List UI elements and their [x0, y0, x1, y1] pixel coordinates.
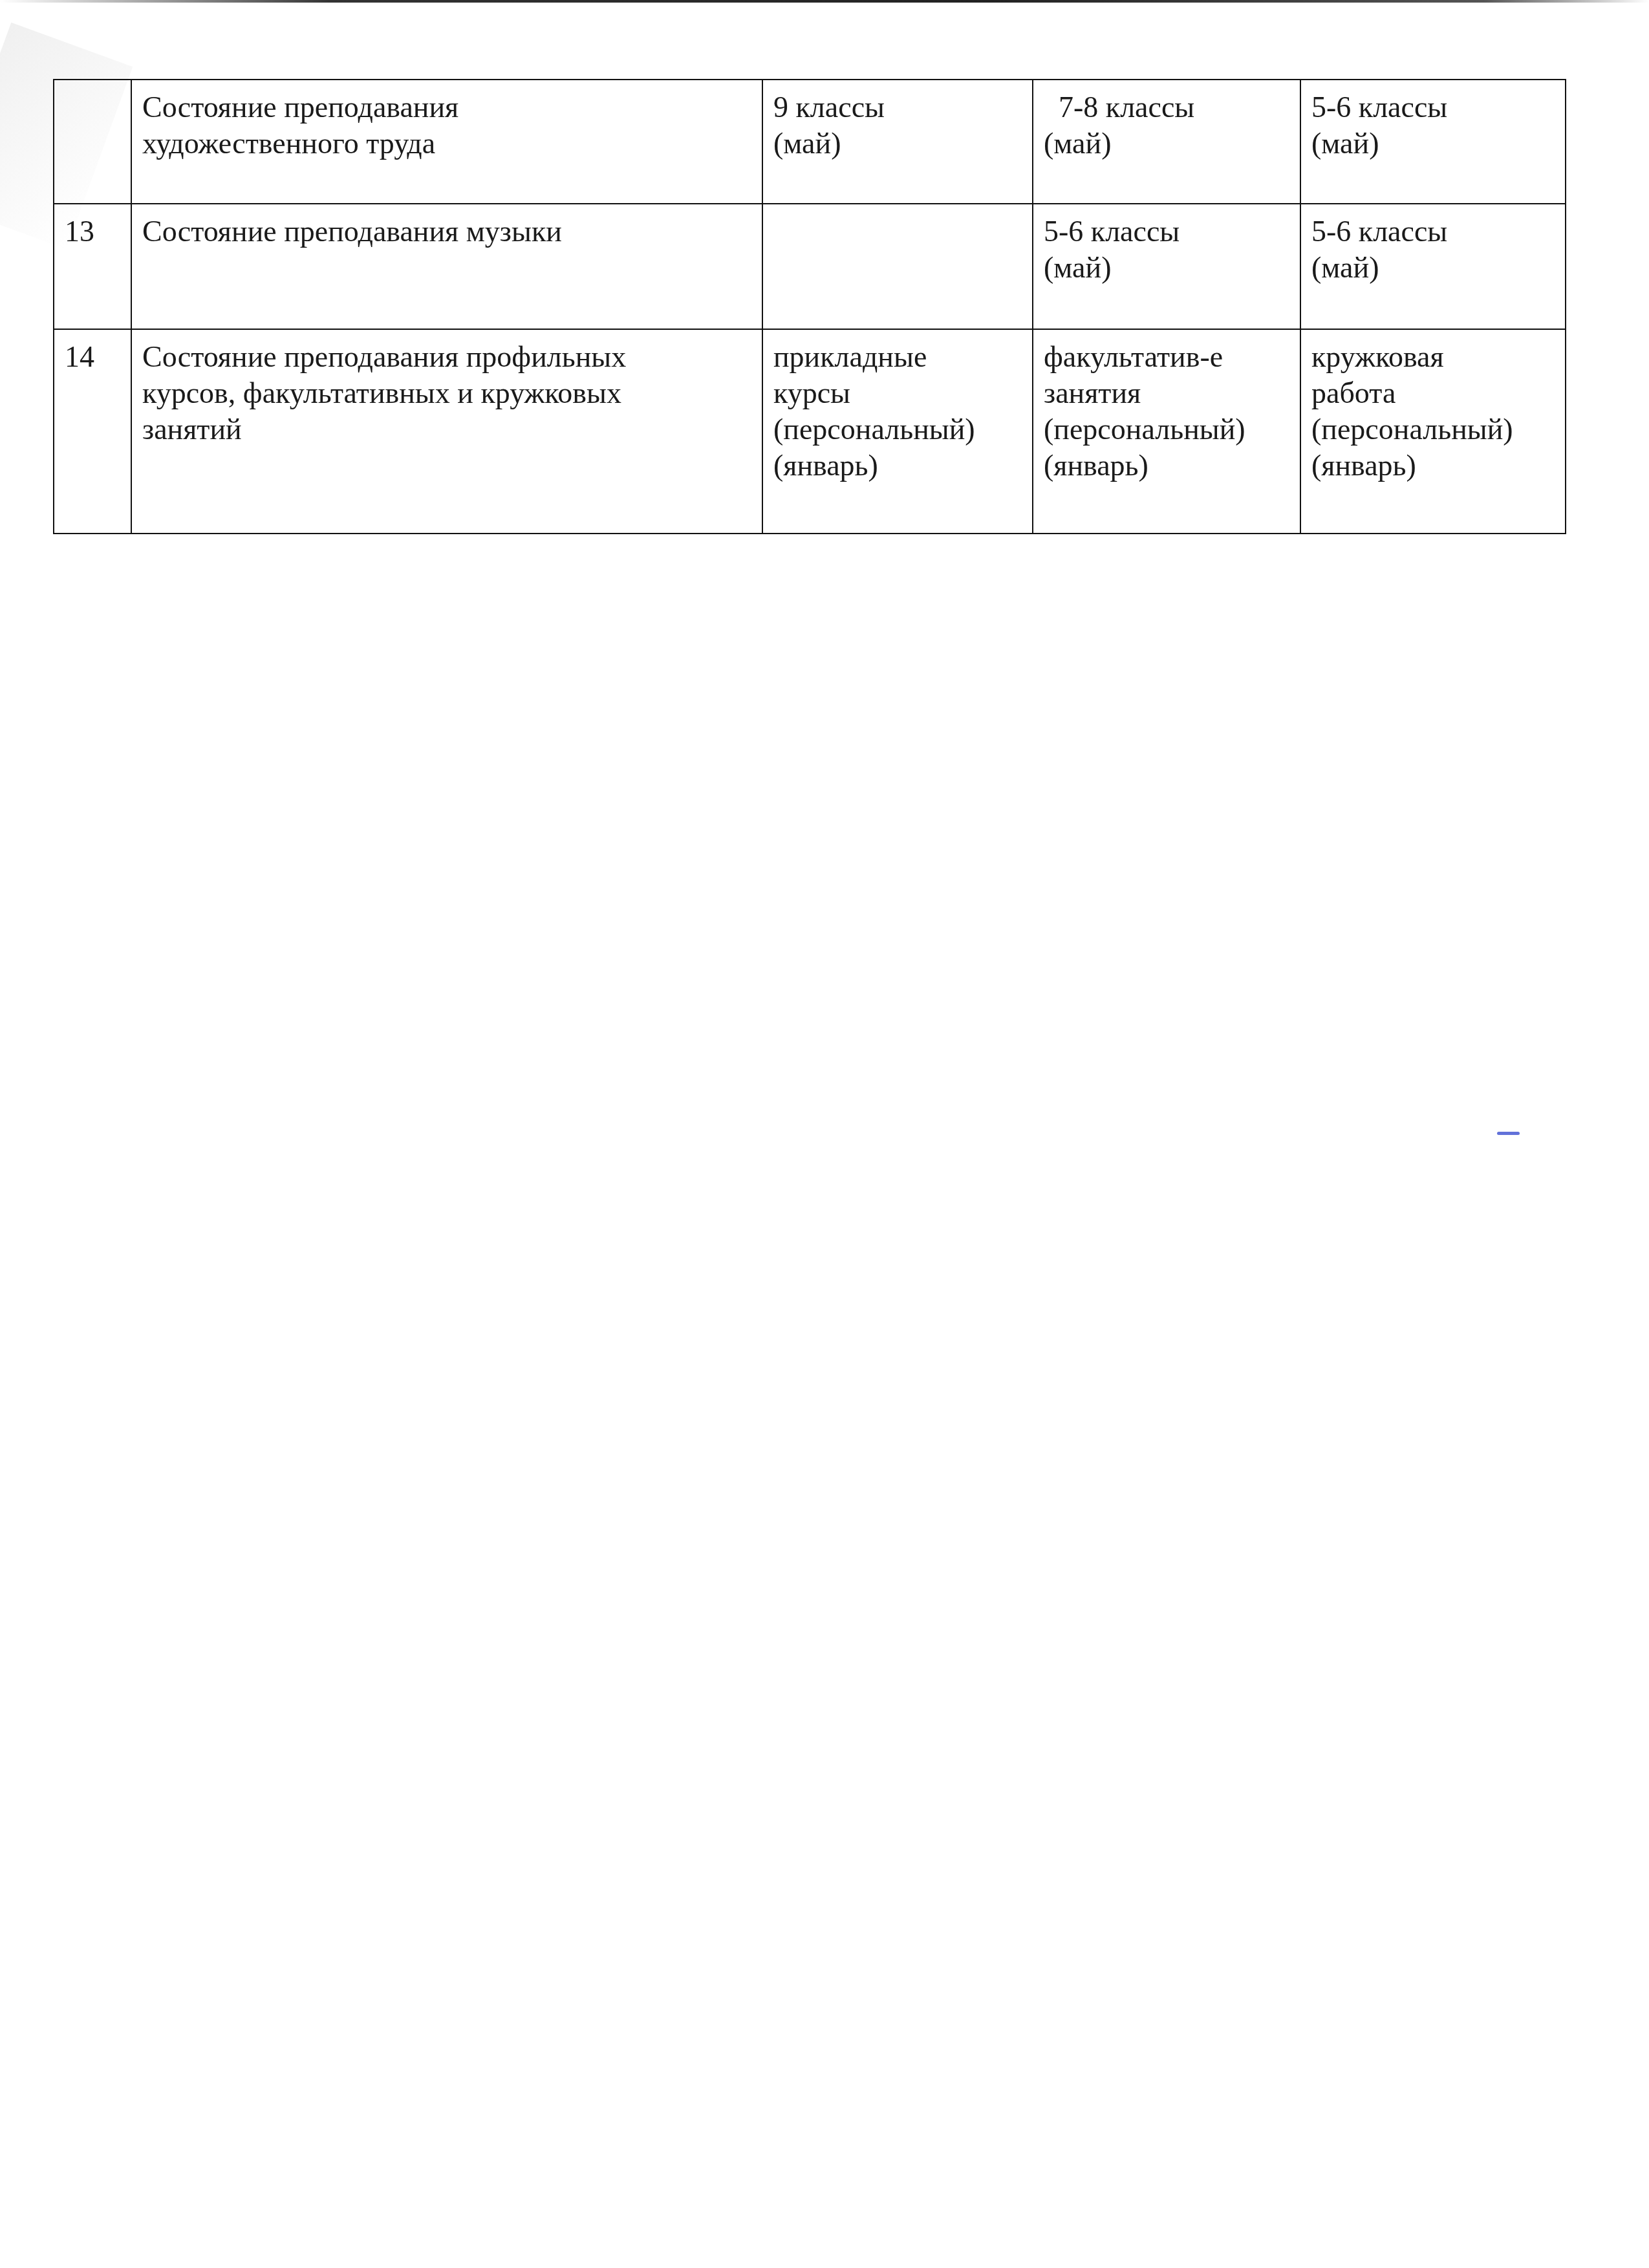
cell-line: 7-8 классы: [1044, 89, 1289, 125]
cell-line: (май): [1311, 250, 1555, 286]
table-row: 14 Состояние преподавания профильных кур…: [54, 329, 1566, 534]
cell-line: (январь): [773, 448, 1022, 484]
row-topic: Состояние преподавания профильных курсов…: [131, 329, 762, 534]
topic-line: Состояние преподавания профильных: [142, 339, 751, 375]
control-plan-table: Состояние преподавания художественного т…: [53, 79, 1566, 534]
row-number: 14: [54, 329, 131, 534]
cell-line: 5-6 классы: [1044, 213, 1289, 250]
cell-col2: факультатив-е занятия (персональный) (ян…: [1033, 329, 1300, 534]
row-topic: Состояние преподавания музыки: [131, 204, 762, 329]
row-number: [54, 80, 131, 204]
cell-line: занятия: [1044, 375, 1289, 411]
cell-col2: 7-8 классы (май): [1033, 80, 1300, 204]
cell-line: 9 классы: [773, 89, 1022, 125]
cell-line: факультатив-е: [1044, 339, 1289, 375]
cell-line: работа: [1311, 375, 1555, 411]
cell-line: 5-6 классы: [1311, 89, 1555, 125]
cell-col3: кружковая работа (персональный) (январь): [1300, 329, 1566, 534]
cell-line: (персональный): [1311, 411, 1555, 448]
cell-col2: 5-6 классы (май): [1033, 204, 1300, 329]
cell-col1: прикладные курсы (персональный) (январь): [762, 329, 1033, 534]
topic-line: Состояние преподавания музыки: [142, 213, 751, 250]
topic-line: курсов, факультативных и кружковых: [142, 375, 751, 411]
table-row: Состояние преподавания художественного т…: [54, 80, 1566, 204]
cell-line: (персональный): [773, 411, 1022, 448]
topic-line: занятий: [142, 411, 751, 448]
cell-line: кружковая: [1311, 339, 1555, 375]
row-number: 13: [54, 204, 131, 329]
table-row: 13 Состояние преподавания музыки 5-6 кла…: [54, 204, 1566, 329]
cell-line: (май): [1311, 125, 1555, 162]
cell-col3: 5-6 классы (май): [1300, 204, 1566, 329]
cell-col1-empty: [762, 204, 1033, 329]
cell-line: (май): [1044, 125, 1289, 162]
cell-line: (январь): [1311, 448, 1555, 484]
cell-line: курсы: [773, 375, 1022, 411]
scan-top-edge: [0, 0, 1649, 3]
row-topic: Состояние преподавания художественного т…: [131, 80, 762, 204]
topic-line: художественного труда: [142, 125, 751, 162]
ink-mark: [1497, 1132, 1520, 1135]
cell-line: (персональный): [1044, 411, 1289, 448]
cell-col3: 5-6 классы (май): [1300, 80, 1566, 204]
cell-line: прикладные: [773, 339, 1022, 375]
topic-line: Состояние преподавания: [142, 89, 751, 125]
cell-col1: 9 классы (май): [762, 80, 1033, 204]
cell-line: (май): [1044, 250, 1289, 286]
cell-line: (январь): [1044, 448, 1289, 484]
cell-line: 5-6 классы: [1311, 213, 1555, 250]
cell-line: (май): [773, 125, 1022, 162]
